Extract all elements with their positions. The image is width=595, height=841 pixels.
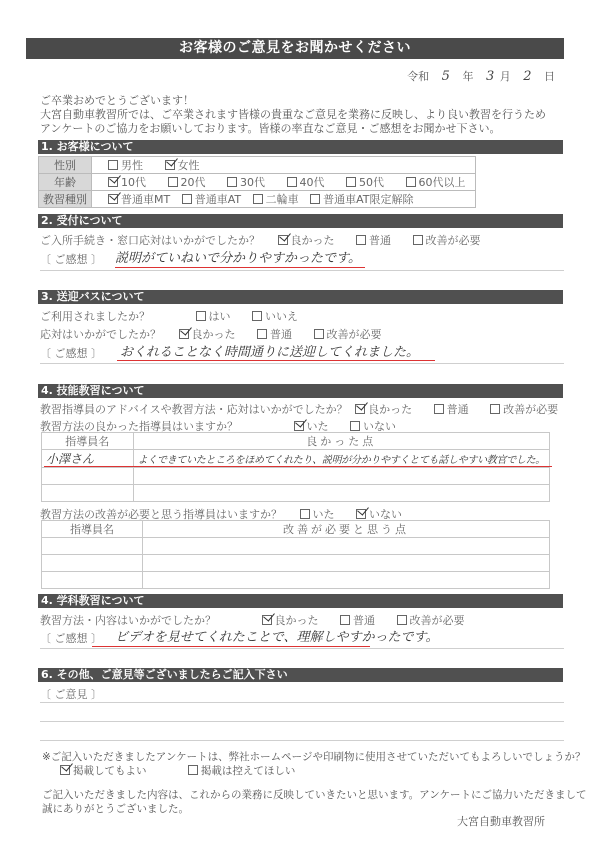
checkbox-icon[interactable]: [196, 311, 206, 321]
intro-line: ご卒業おめでとうございます！: [40, 94, 546, 108]
section-5-heading: 4. 学科教習について: [38, 594, 563, 608]
checkbox-icon[interactable]: [257, 329, 267, 339]
date-month[interactable]: 3: [486, 69, 494, 84]
checkbox-checked-icon[interactable]: [278, 235, 288, 245]
bus-no-option[interactable]: いいえ: [252, 310, 298, 323]
improve-instructor-table: 指導員名 改善が必要と思う点: [41, 520, 550, 589]
gender-row: 性別 男性 女性: [39, 157, 476, 174]
checkbox-icon[interactable]: [346, 177, 356, 187]
course-at-limit-removal-option[interactable]: 普通車AT限定解除: [310, 193, 413, 206]
date-era: 令和: [407, 70, 429, 83]
checkbox-icon[interactable]: [182, 194, 192, 204]
course-type-row: 教習種別 普通車MT 普通車AT 二輪車 普通車AT限定解除: [39, 191, 476, 208]
checkbox-icon[interactable]: [356, 235, 366, 245]
opinion-input[interactable]: [40, 684, 564, 744]
writing-line: [40, 702, 564, 703]
bus-impression-label: 〔 ご感想 〕: [40, 345, 102, 361]
consent-question: ※ご記入いただきましたアンケートは、弊社ホームページや印刷物に使用させていただい…: [42, 750, 585, 764]
bus-usage-question: ご利用されましたか？: [40, 310, 150, 323]
red-underline: [44, 466, 552, 467]
course-motorcycle-option[interactable]: 二輪車: [253, 193, 299, 206]
section-1-heading: 1. お客様について: [38, 140, 563, 154]
red-underline: [92, 646, 370, 647]
table-row: 小澤さん よくできていたところをほめてくれたり、説明が分かりやすくとても話しやす…: [42, 450, 550, 468]
checkbox-icon[interactable]: [490, 404, 500, 414]
intro-line: 大宮自動車教習所では、ご卒業されます皆様の貴重なご意見を業務に反映し、より良い教…: [40, 108, 546, 122]
reception-impression-label: 〔 ご感想 〕: [40, 251, 102, 267]
writing-line: [40, 270, 564, 271]
column-header-good-points: 良かった点: [133, 433, 549, 450]
customer-info-table: 性別 男性 女性 年齢 10代 20代 30代 40代 50代 60代以上 教習…: [38, 156, 476, 208]
checkbox-icon[interactable]: [350, 421, 360, 431]
table-header-row: 指導員名 改善が必要と思う点: [42, 521, 550, 538]
intro-line: アンケートのご協力をお願いしております。皆様の率直なご意見・ご感想をお聞かせ下さ…: [40, 122, 546, 136]
checkbox-checked-icon[interactable]: [356, 509, 366, 519]
date-day[interactable]: 2: [523, 69, 531, 84]
checkbox-icon[interactable]: [340, 615, 350, 625]
date-year-label: 年: [462, 70, 473, 83]
reception-impression-input[interactable]: 説明がていねいで分かりやすかったです。: [115, 247, 361, 266]
gender-male-option[interactable]: 男性: [108, 159, 143, 172]
checkbox-checked-icon[interactable]: [165, 160, 175, 170]
table-row: [42, 468, 550, 485]
writing-line: [40, 363, 564, 364]
reception-needs-improvement-option[interactable]: 改善が必要: [413, 234, 481, 247]
improvement-points-cell[interactable]: [143, 538, 550, 555]
course-type-label: 教習種別: [39, 191, 92, 208]
checkbox-icon[interactable]: [188, 765, 198, 775]
date-year[interactable]: 5: [442, 69, 450, 84]
section-6-heading: 6. その他、ご意見等ございましたらご記入下さい: [38, 668, 563, 682]
reception-normal-option[interactable]: 普通: [356, 234, 391, 247]
writing-line: [40, 721, 564, 722]
closing-line: 誠にありがとうございました。: [42, 802, 587, 816]
checkbox-icon[interactable]: [406, 177, 416, 187]
instructor-name-cell[interactable]: 小澤さん: [42, 450, 134, 468]
bus-normal-option[interactable]: 普通: [257, 328, 292, 341]
bus-impression-input[interactable]: おくれることなく時間通りに送迎してくれました。: [120, 341, 419, 360]
instructor-normal-option[interactable]: 普通: [434, 403, 469, 416]
good-points-cell[interactable]: [133, 468, 549, 485]
checkbox-checked-icon[interactable]: [179, 329, 189, 339]
course-at-option[interactable]: 普通車AT: [182, 193, 241, 206]
checkbox-checked-icon[interactable]: [355, 404, 365, 414]
instructor-needs-improvement-option[interactable]: 改善が必要: [490, 403, 558, 416]
checkbox-checked-icon[interactable]: [60, 765, 70, 775]
reception-question-row: ご入所手続き・窓口応対はいかがでしたか？ 良かった 普通 改善が必要: [40, 232, 481, 248]
improvement-points-cell[interactable]: [143, 555, 550, 572]
bus-service-row: 応対はいかがでしたか？ 良かった 普通 改善が必要: [40, 326, 382, 342]
age-10s-option[interactable]: 10代: [108, 176, 146, 189]
checkbox-icon[interactable]: [287, 177, 297, 187]
bus-service-question: 応対はいかがでしたか？: [40, 328, 161, 341]
table-row: [42, 485, 550, 502]
signature: 大宮自動車教習所: [457, 815, 545, 829]
bus-needs-improvement-option[interactable]: 改善が必要: [314, 328, 382, 341]
checkbox-checked-icon[interactable]: [108, 177, 118, 187]
instructor-name-cell[interactable]: [42, 468, 134, 485]
checkbox-icon[interactable]: [252, 311, 262, 321]
closing-line: ご記入いただきました内容は、これからの業務に反映していきたいと思います。アンケー…: [42, 788, 587, 802]
checkbox-icon[interactable]: [253, 194, 263, 204]
instructor-name-cell[interactable]: [42, 538, 143, 555]
instructor-name-cell[interactable]: [42, 485, 134, 502]
checkbox-icon[interactable]: [227, 177, 237, 187]
improvement-points-cell[interactable]: [143, 572, 550, 589]
intro-text: ご卒業おめでとうございます！ 大宮自動車教習所では、ご卒業されます皆様の貴重なご…: [40, 94, 546, 136]
date-line: 令和 5 年 3 月 2 日: [407, 68, 555, 84]
consent-deny-option[interactable]: 掲載は控えてほしい: [188, 765, 296, 777]
date-month-label: 月: [500, 70, 511, 83]
gender-female-option[interactable]: 女性: [165, 159, 200, 172]
table-row: [42, 555, 550, 572]
gender-label: 性別: [39, 157, 92, 174]
red-underline: [117, 360, 435, 361]
closing-text: ご記入いただきました内容は、これからの業務に反映していきたいと思います。アンケー…: [42, 788, 587, 816]
column-header-improvement-points: 改善が必要と思う点: [143, 521, 550, 538]
good-points-cell[interactable]: よくできていたところをほめてくれたり、説明が分かりやすくとても話しやすい教官でし…: [133, 450, 549, 468]
form-title: お客様のご意見をお聞かせください: [26, 38, 564, 59]
course-mt-option[interactable]: 普通車MT: [108, 193, 170, 206]
age-60s-plus-option[interactable]: 60代以上: [406, 176, 466, 189]
good-points-cell[interactable]: [133, 485, 549, 502]
bus-yes-option[interactable]: はい: [196, 310, 231, 323]
age-50s-option[interactable]: 50代: [346, 176, 384, 189]
checkbox-icon[interactable]: [108, 160, 118, 170]
reception-question: ご入所手続き・窓口応対はいかがでしたか？: [40, 234, 260, 247]
table-row: [42, 572, 550, 589]
instructor-rating-question: 教習指導員のアドバイスや教習方法・応対はいかがでしたか？: [40, 403, 348, 416]
checkbox-checked-icon[interactable]: [108, 194, 118, 204]
instructor-rating-row: 教習指導員のアドバイスや教習方法・応対はいかがでしたか？ 良かった 普通 改善が…: [40, 401, 558, 417]
red-underline: [115, 267, 365, 268]
checkbox-icon[interactable]: [397, 615, 407, 625]
bus-good-option[interactable]: 良かった: [179, 328, 236, 341]
checkbox-checked-icon[interactable]: [294, 421, 304, 431]
consent-allow-option[interactable]: 掲載してもよい: [60, 765, 147, 777]
age-20s-option[interactable]: 20代: [168, 176, 206, 189]
age-30s-option[interactable]: 30代: [227, 176, 265, 189]
column-header-instructor: 指導員名: [42, 521, 143, 538]
writing-line: [40, 740, 564, 741]
lecture-impression-input[interactable]: ビデオを見せてくれたことで、理解しやすかったです。: [115, 626, 438, 645]
instructor-name-cell[interactable]: [42, 572, 143, 589]
instructor-name-cell[interactable]: [42, 555, 143, 572]
writing-line: [40, 648, 564, 649]
checkbox-checked-icon[interactable]: [262, 615, 272, 625]
bus-usage-row: ご利用されましたか？ はい いいえ: [40, 308, 298, 324]
checkbox-icon[interactable]: [168, 177, 178, 187]
checkbox-icon[interactable]: [413, 235, 423, 245]
table-header-row: 指導員名 良かった点: [42, 433, 550, 450]
age-row: 年齢 10代 20代 30代 40代 50代 60代以上: [39, 174, 476, 191]
checkbox-icon[interactable]: [434, 404, 444, 414]
consent-options: 掲載してもよい 掲載は控えてほしい: [60, 764, 295, 778]
section-2-heading: 2. 受付について: [38, 214, 563, 228]
instructor-good-option[interactable]: 良かった: [355, 403, 412, 416]
checkbox-icon[interactable]: [314, 329, 324, 339]
date-day-label: 日: [544, 70, 555, 83]
section-3-heading: 3. 送迎バスについて: [38, 290, 563, 304]
age-label: 年齢: [39, 174, 92, 191]
section-4-heading: 4. 技能教習について: [38, 384, 563, 398]
column-header-instructor: 指導員名: [42, 433, 134, 450]
table-row: [42, 538, 550, 555]
good-instructor-table: 指導員名 良かった点 小澤さん よくできていたところをほめてくれたり、説明が分か…: [41, 432, 550, 502]
reception-good-option[interactable]: 良かった: [278, 234, 335, 247]
checkbox-icon[interactable]: [310, 194, 320, 204]
age-40s-option[interactable]: 40代: [287, 176, 325, 189]
checkbox-icon[interactable]: [300, 509, 310, 519]
lecture-impression-label: 〔 ご感想 〕: [40, 630, 102, 646]
